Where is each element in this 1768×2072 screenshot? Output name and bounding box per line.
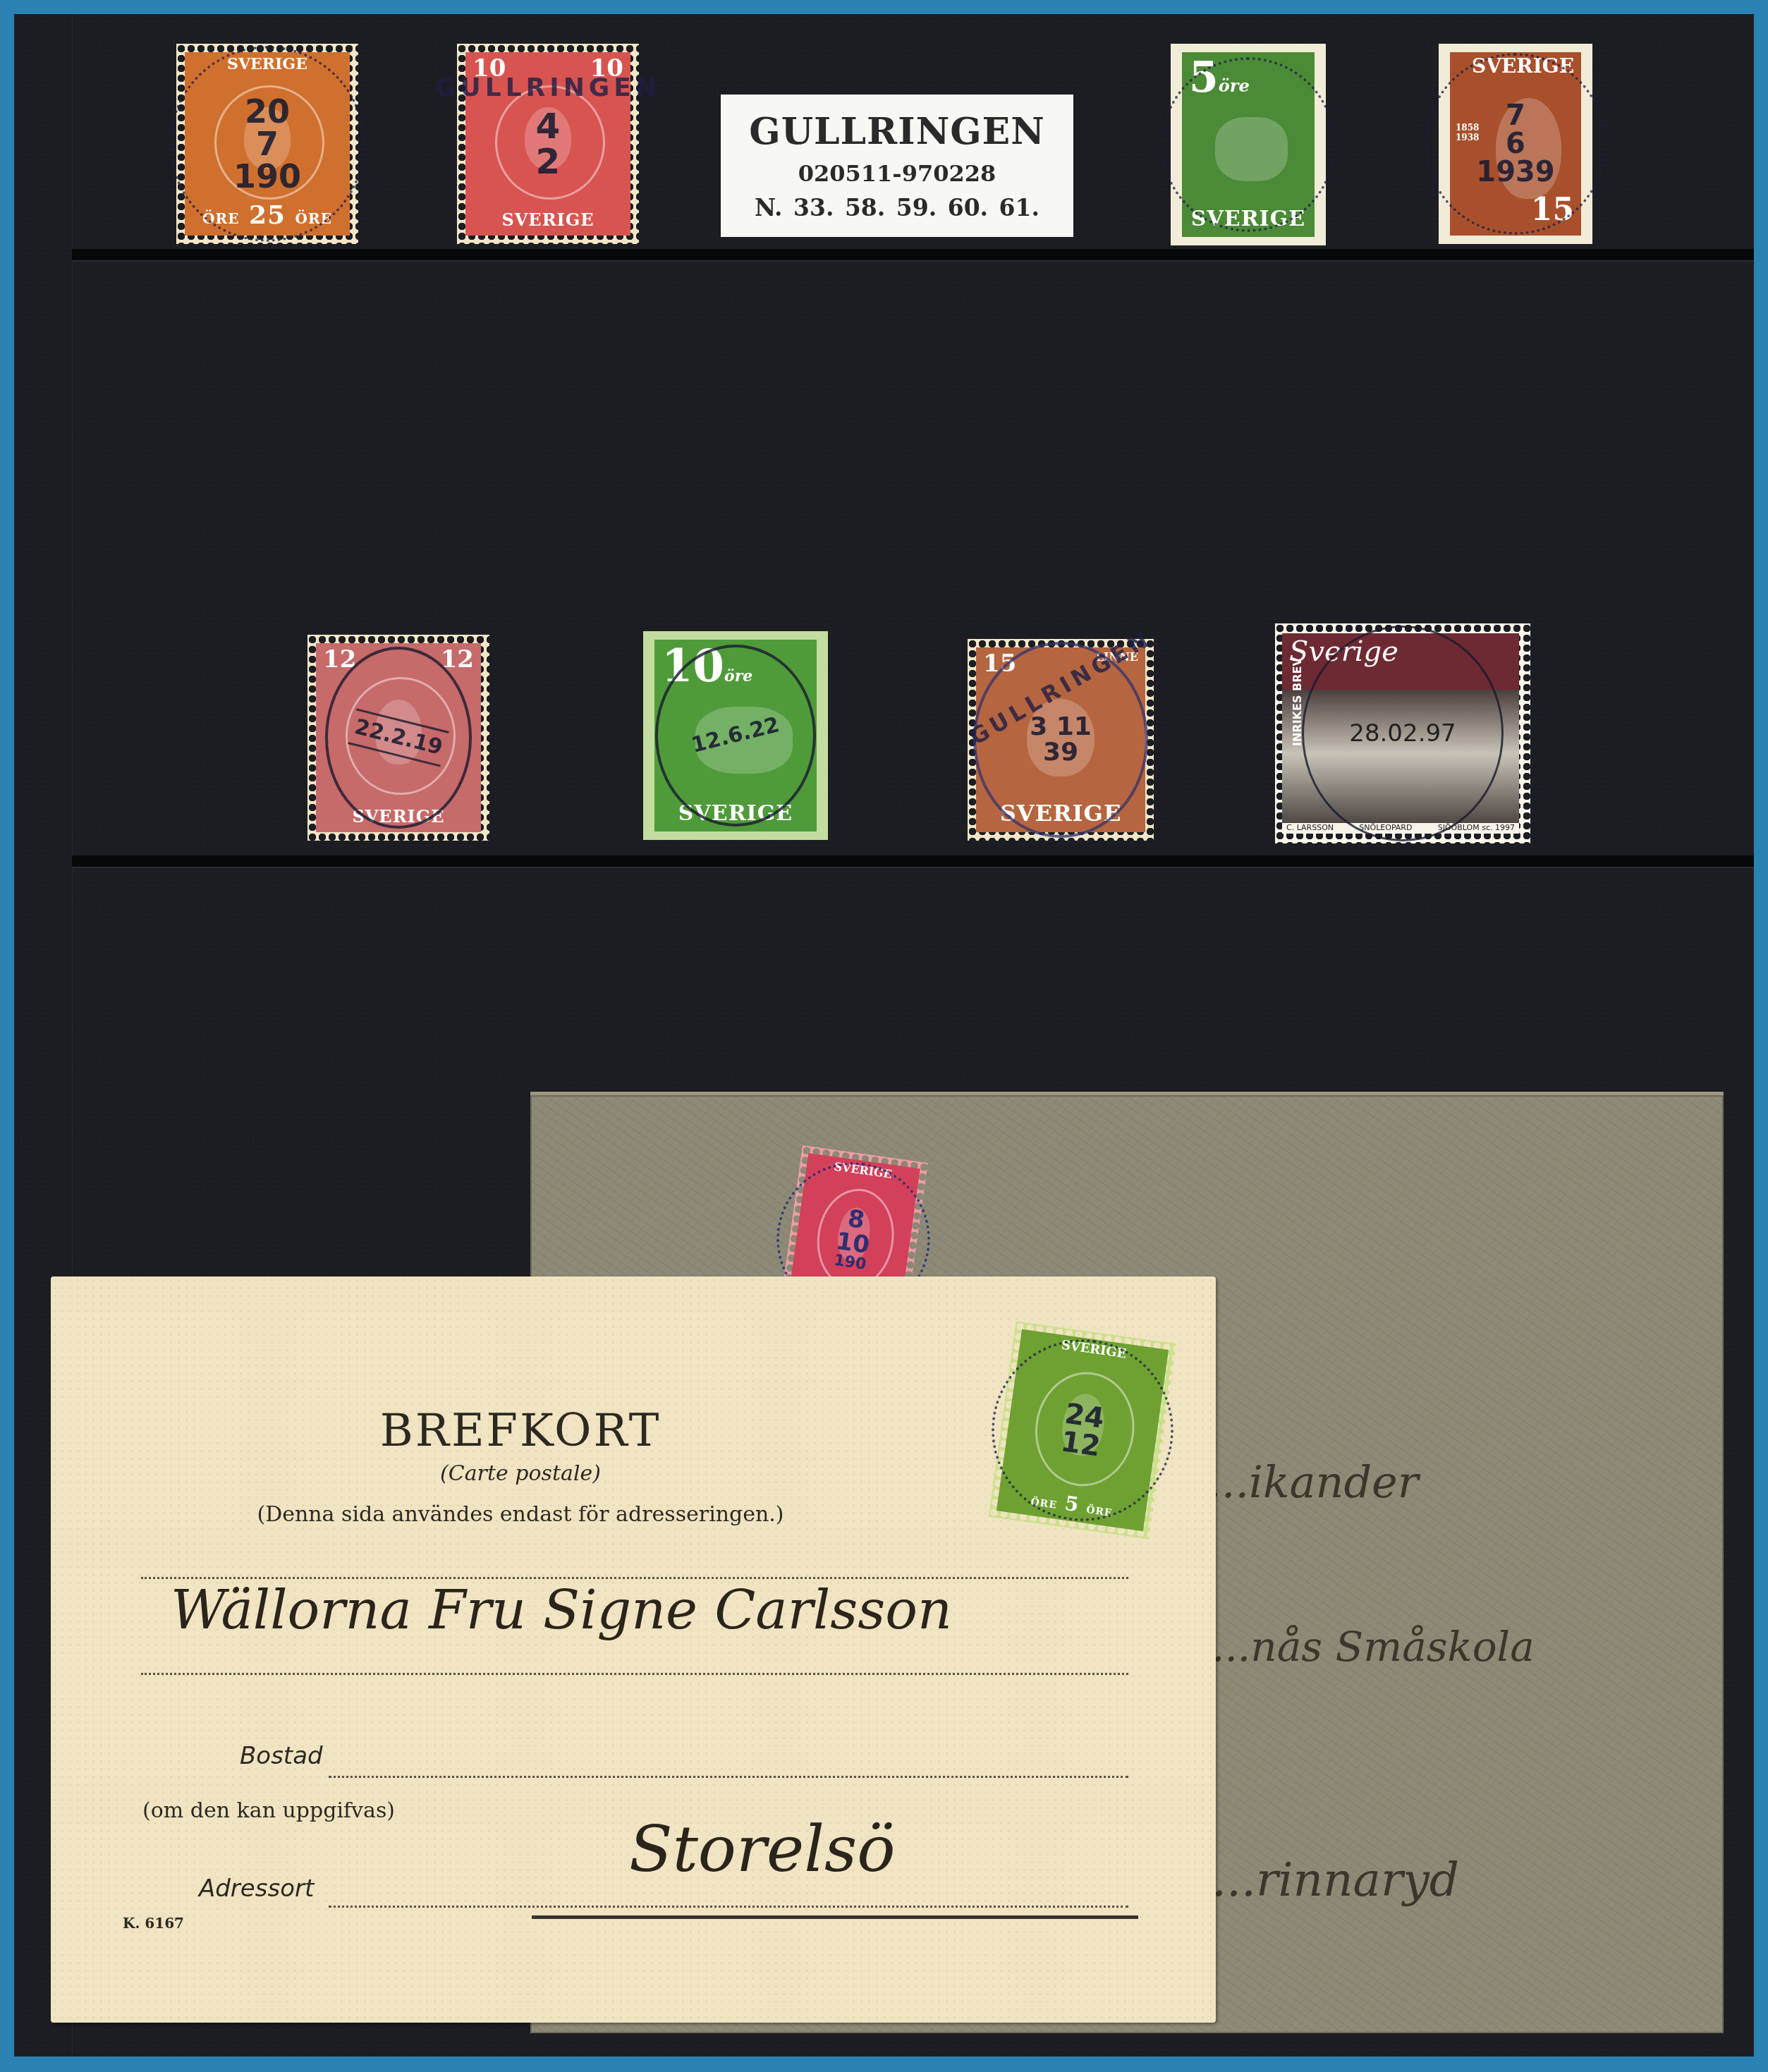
- envelope-handwriting-line-3: ...rinnaryd: [1212, 1853, 1459, 1907]
- adressort-line: [329, 1906, 1128, 1908]
- underline-rule: [532, 1915, 1138, 1919]
- stamp-snow-leopard[interactable]: Sverige INRIKES BREV C. LARSSONSNÖLEOPAR…: [1275, 623, 1530, 843]
- postcard-stamp-5-ore[interactable]: SVERIGE ÖRE 5 ÖRE 2412: [989, 1321, 1177, 1539]
- stamp-12-ore[interactable]: 1212 SVERIGE 22.2.19: [307, 635, 489, 841]
- bostad-hint: (om den kan uppgifvas): [142, 1798, 395, 1823]
- postcard-adressort-value: Storelsö: [629, 1812, 895, 1887]
- postcard-instruction: (Denna sida användes endast för adresser…: [51, 1502, 990, 1527]
- label-numbers: N. 33. 58. 59. 60. 61.: [755, 194, 1040, 221]
- stamp-5-ore-lion[interactable]: 5öre SVERIGE: [1171, 44, 1326, 245]
- address-line-2: [141, 1673, 1128, 1675]
- bostad-label: Bostad: [240, 1742, 323, 1770]
- stamp-country-top: SVERIGE: [192, 56, 343, 72]
- postcard-title: BREFKORT: [51, 1405, 990, 1457]
- envelope-handwriting-line-2: ...nås Småskola: [1212, 1623, 1535, 1671]
- adressort-label: Adressort: [199, 1875, 314, 1903]
- bostad-line: [329, 1776, 1128, 1778]
- label-dates: 020511-970228: [798, 160, 996, 187]
- stock-strip-1: [72, 249, 1754, 262]
- stamp-10-ore-red[interactable]: 1010 SVERIGE GULLRINGEN 42: [457, 44, 639, 244]
- print-code: K. 6167: [123, 1915, 184, 1932]
- town-label: GULLRINGEN 020511-970228 N. 33. 58. 59. …: [721, 95, 1073, 237]
- stamp-15-ore-linne[interactable]: 15LINNÉ SVERIGE GULLRINGEN 3 1139: [968, 639, 1154, 841]
- stock-strip-2: [72, 855, 1754, 868]
- postcard-addressee: Wällorna Fru Signe Carlsson: [171, 1578, 952, 1641]
- postcard-subtitle: (Carte postale): [51, 1461, 990, 1486]
- envelope-handwriting-line-1: ...ikander: [1207, 1456, 1418, 1508]
- postcard-brefkort: BREFKORT (Carte postale) (Denna sida anv…: [51, 1276, 1216, 2023]
- stamp-25-ore[interactable]: SVERIGE ÖRE 25 ÖRE 207190: [176, 44, 358, 244]
- stamp-10-ore-green[interactable]: 10öre SVERIGE 12.6.22: [643, 631, 828, 840]
- label-title: GULLRINGEN: [749, 110, 1045, 153]
- stamp-15-ore-gustaf[interactable]: SVERIGE 1858 1938 15 761939: [1439, 44, 1592, 244]
